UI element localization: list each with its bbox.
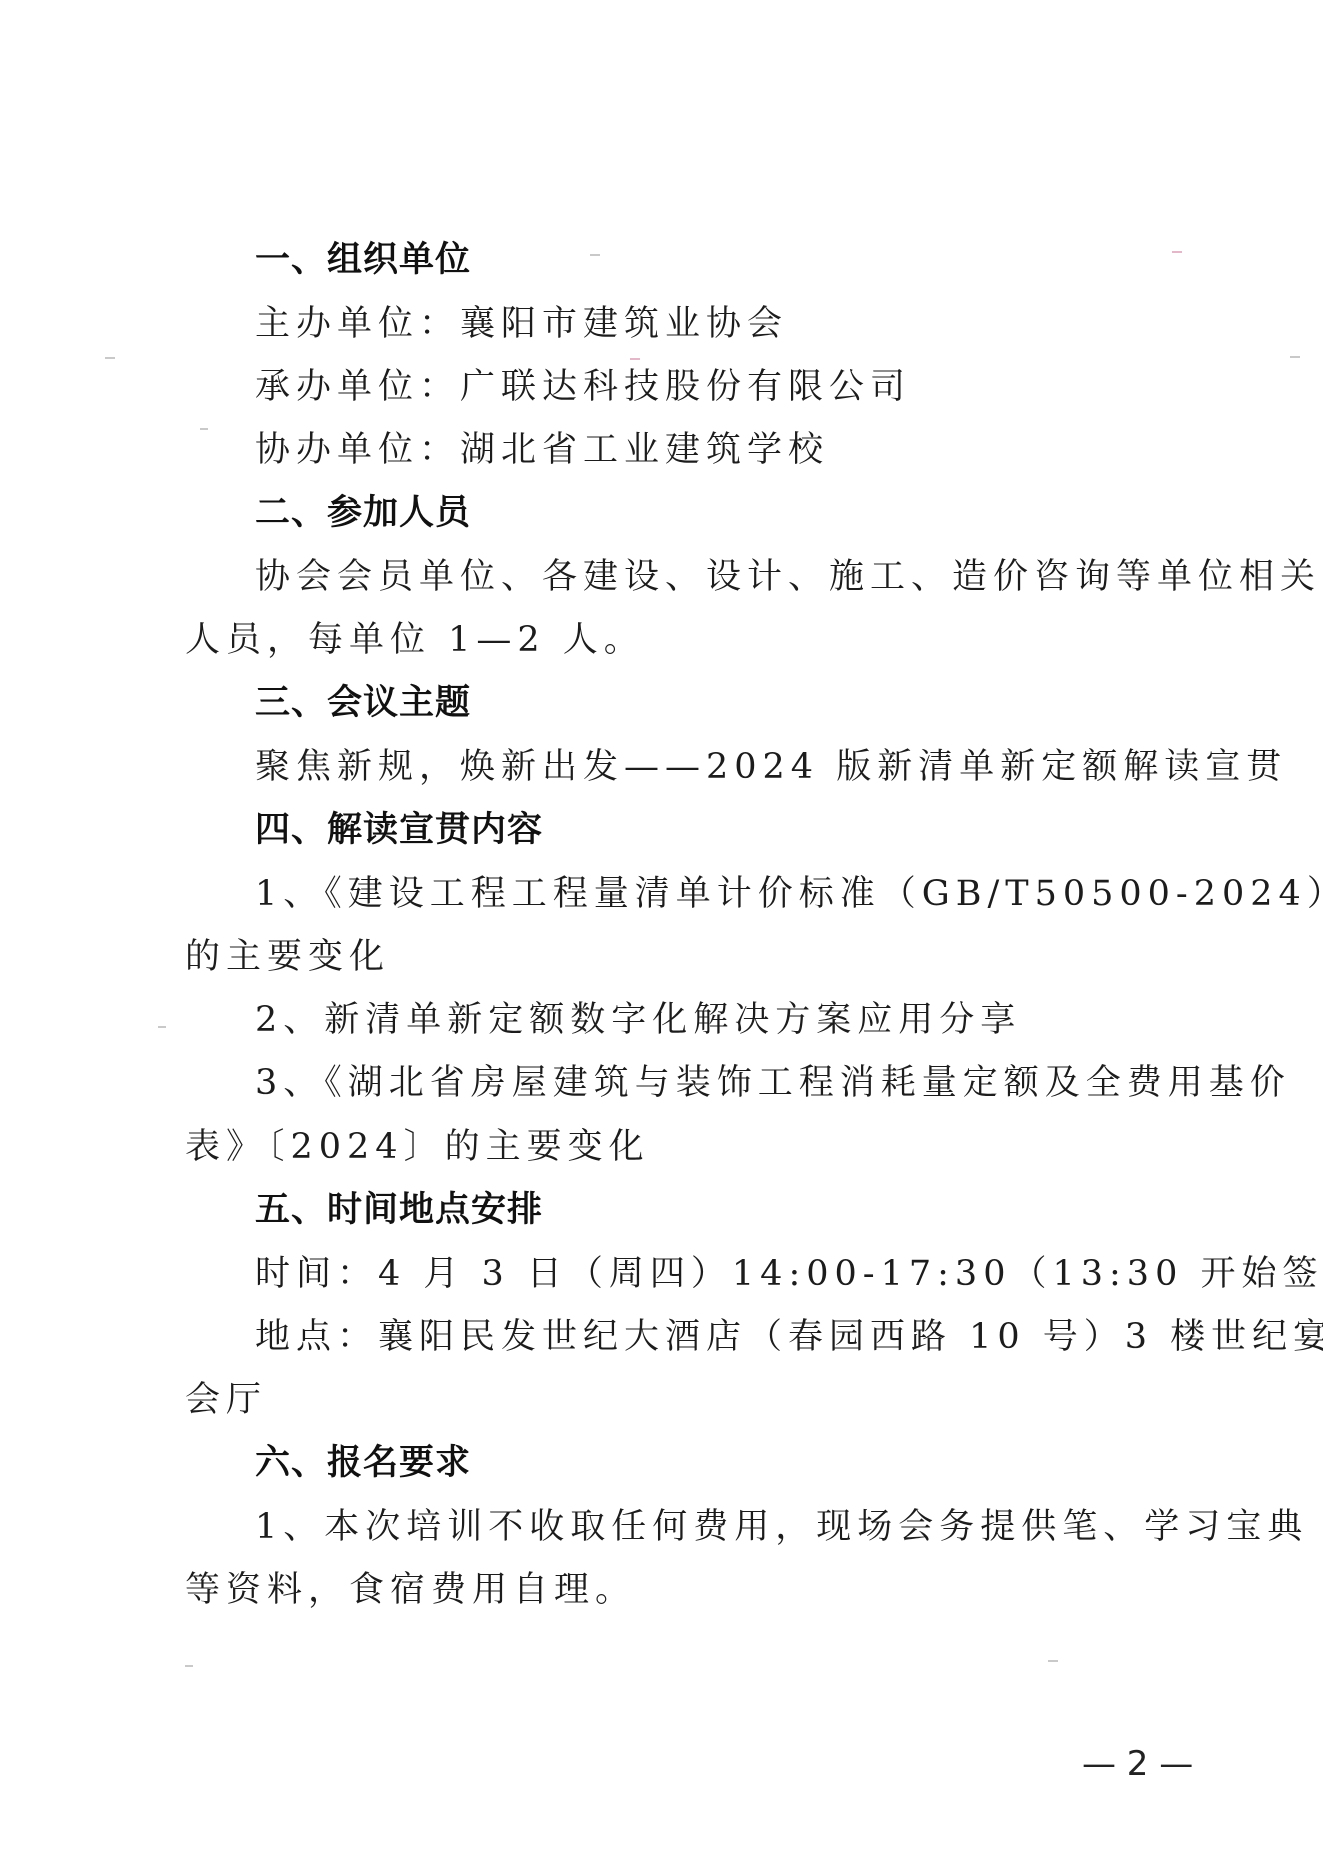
scan-speck (630, 358, 640, 360)
scan-speck (590, 254, 600, 256)
scan-speck (1048, 1660, 1058, 1662)
content-item-3-line-1: 3、《湖北省房屋建筑与装饰工程消耗量定额及全费用基价 (255, 1061, 1291, 1105)
content-item-2: 2、新清单新定额数字化解决方案应用分享 (255, 998, 1021, 1042)
scan-speck (200, 428, 208, 430)
scan-speck (185, 1665, 193, 1667)
meeting-theme-text: 聚焦新规，焕新出发——2024 版新清单新定额解读宣贯 (255, 745, 1287, 789)
schedule-location-line-2: 会厅 (185, 1378, 267, 1422)
organizer-host: 主办单位：襄阳市建筑业协会 (255, 302, 788, 346)
scan-speck (158, 1026, 166, 1028)
schedule-location-line-1: 地点：襄阳民发世纪大酒店（春园西路 10 号）3 楼世纪宴 (255, 1315, 1323, 1359)
section-heading-content: 四、解读宣贯内容 (255, 808, 543, 852)
schedule-time: 时间：4 月 3 日（周四）14:00-17:30（13:30 开始签到） (255, 1252, 1323, 1296)
section-heading-participants: 二、参加人员 (255, 491, 471, 535)
content-item-3-line-2: 表》〔2024〕的主要变化 (185, 1125, 650, 1169)
scan-speck (1172, 251, 1182, 253)
section-heading-organizers: 一、组织单位 (255, 238, 471, 282)
participants-text-line-1: 协会会员单位、各建设、设计、施工、造价咨询等单位相关 (255, 555, 1321, 599)
organizer-co-organizer: 协办单位：湖北省工业建筑学校 (255, 428, 829, 472)
content-item-1-line-2: 的主要变化 (185, 935, 390, 979)
section-heading-theme: 三、会议主题 (255, 681, 471, 725)
registration-item-1-line-2: 等资料，食宿费用自理。 (185, 1568, 636, 1612)
scan-speck (1290, 356, 1300, 358)
content-item-1-line-1: 1、《建设工程工程量清单计价标准（GB/T50500-2024）》 (255, 872, 1323, 916)
page-number: — 2 — (1082, 1744, 1193, 1784)
registration-item-1-line-1: 1、本次培训不收取任何费用，现场会务提供笔、学习宝典 (255, 1505, 1308, 1549)
section-heading-registration: 六、报名要求 (255, 1441, 471, 1485)
scan-speck (105, 357, 115, 359)
section-heading-schedule: 五、时间地点安排 (255, 1188, 543, 1232)
participants-text-line-2: 人员，每单位 1—2 人。 (185, 618, 645, 662)
document-page: 一、组织单位 主办单位：襄阳市建筑业协会 承办单位：广联达科技股份有限公司 协办… (0, 0, 1323, 1870)
organizer-undertaker: 承办单位：广联达科技股份有限公司 (255, 365, 911, 409)
